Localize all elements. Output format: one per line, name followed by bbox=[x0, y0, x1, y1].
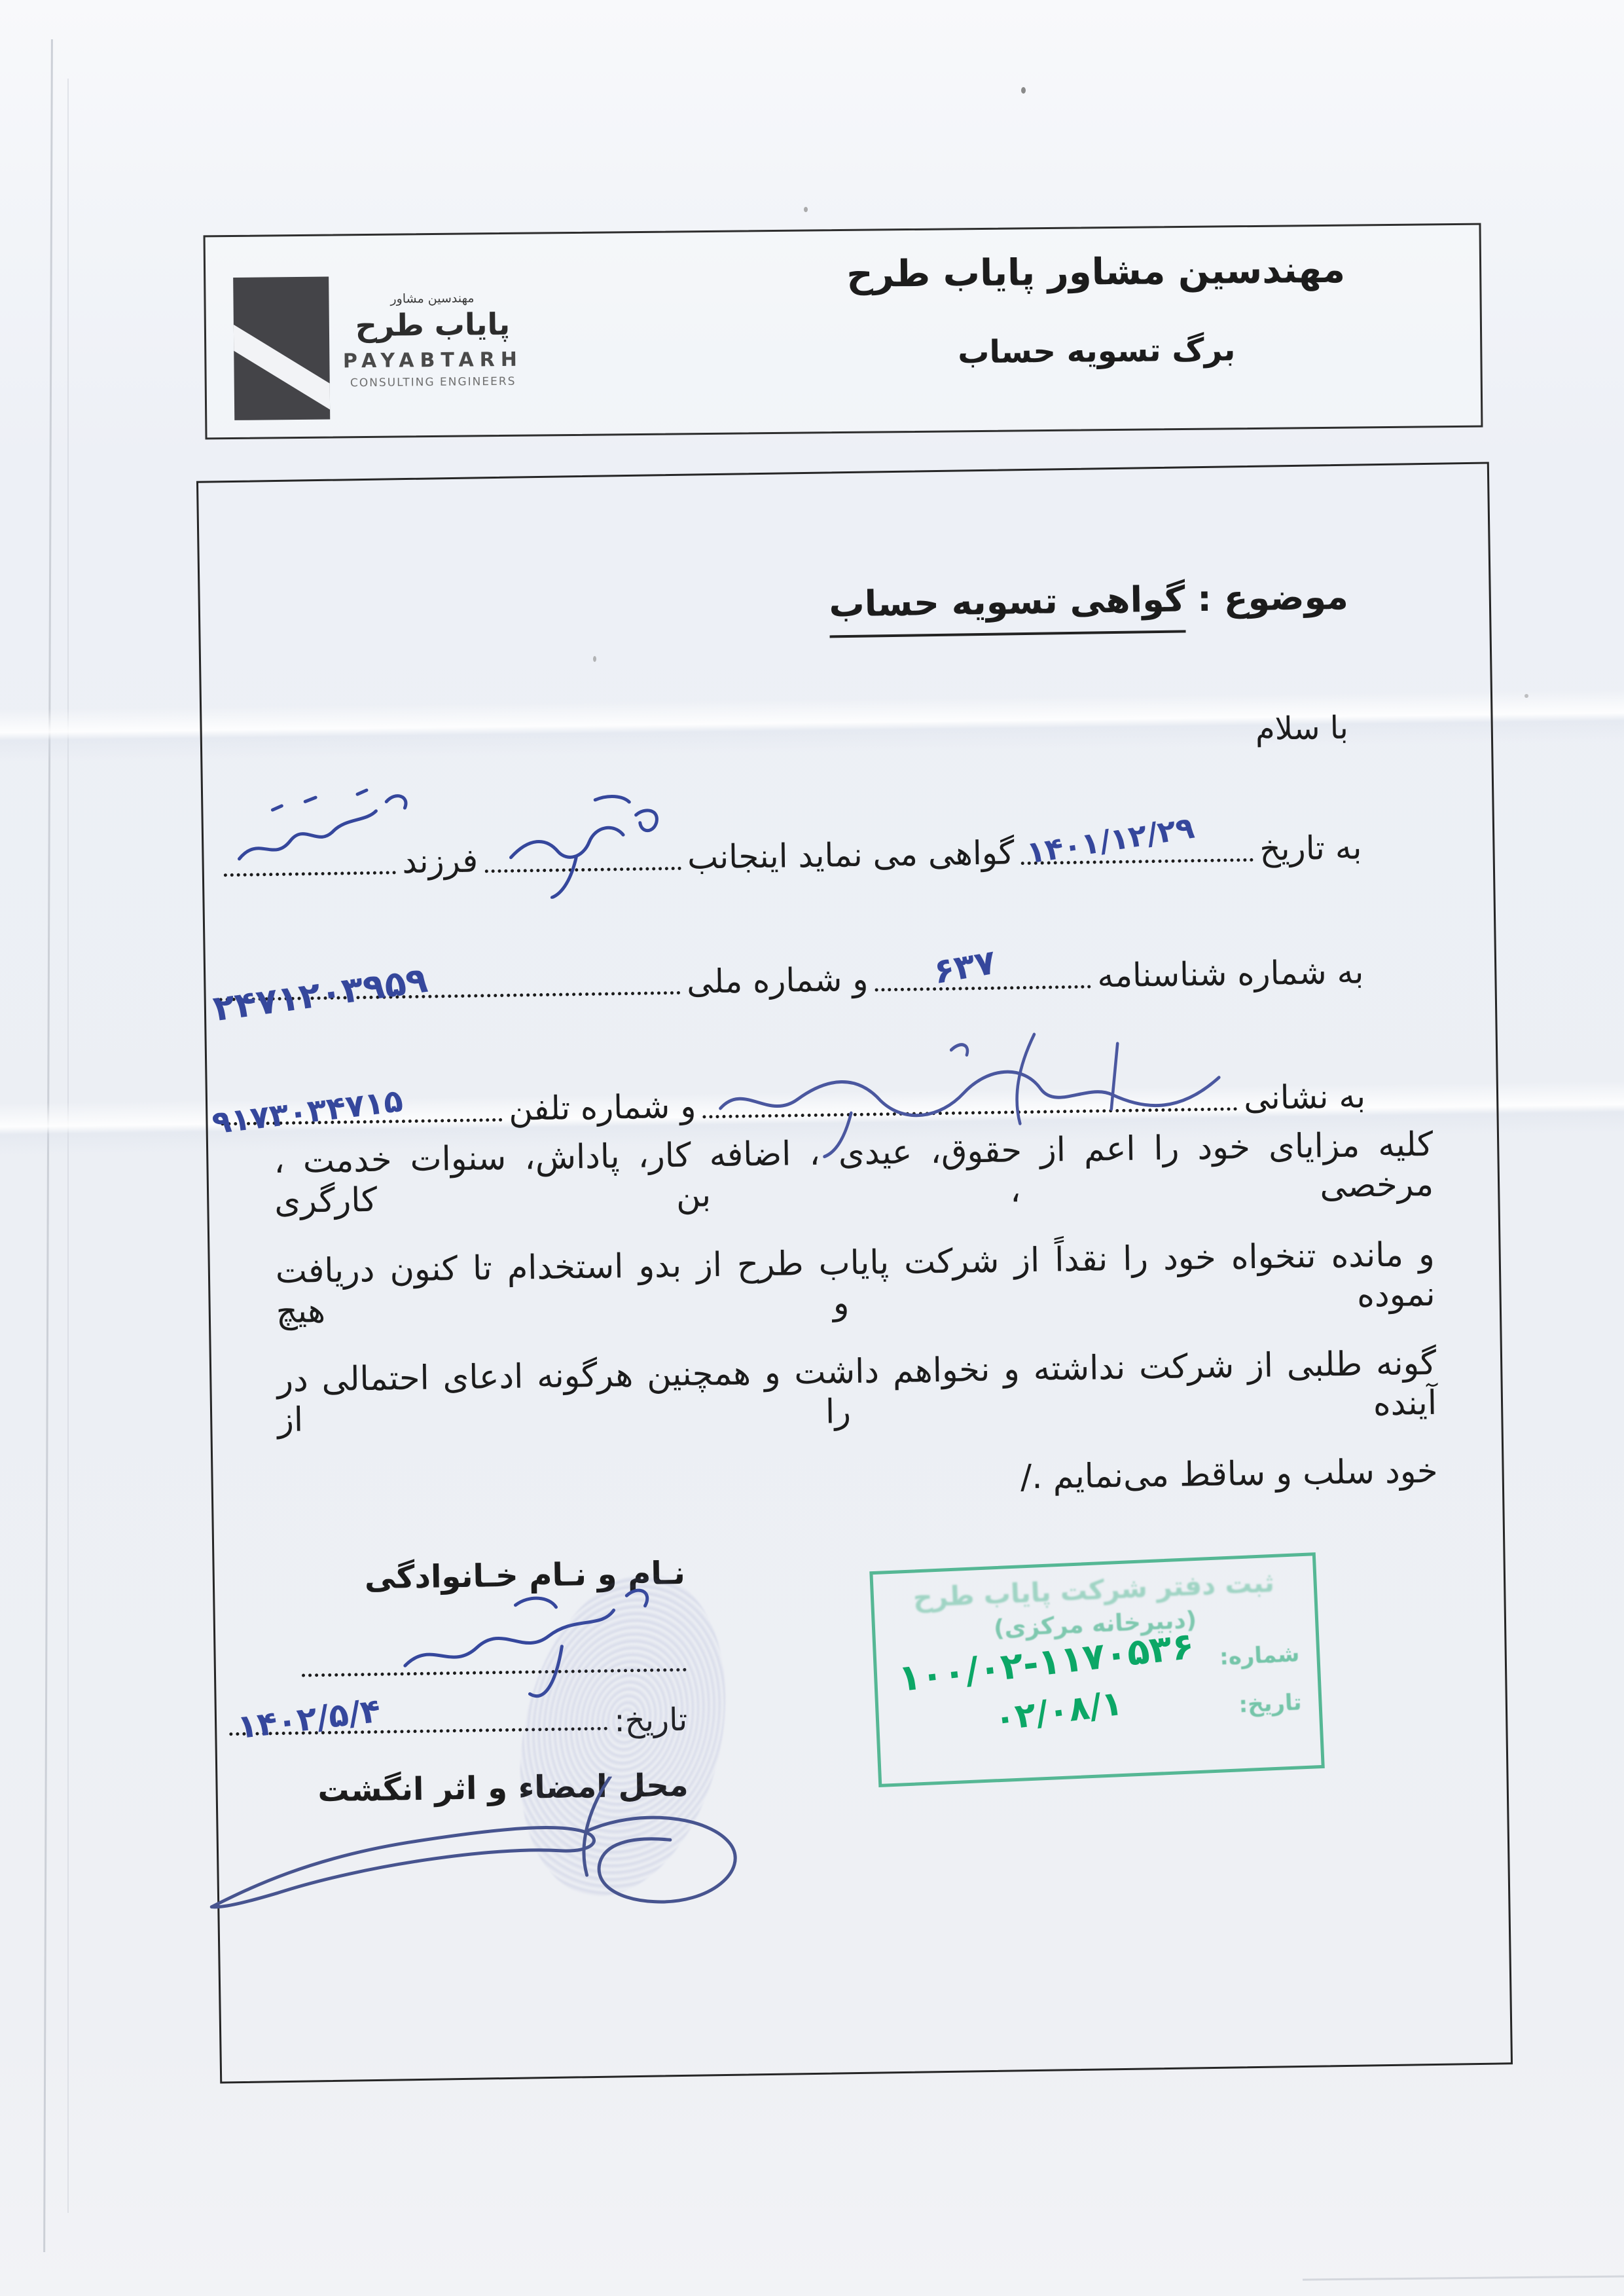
form-line-address: به نشانی و شماره تلفن ۹۱۷۳۰۳۴۷۱۵ bbox=[213, 1036, 1366, 1132]
handwritten-name-scribble bbox=[497, 792, 681, 900]
subject-value: گواهی تسویه حساب bbox=[829, 578, 1185, 638]
label-address: به نشانی bbox=[1244, 1078, 1366, 1117]
body-paragraph-line-2: و مانده تنخواه خود را نقداً از شرکت پایا… bbox=[275, 1235, 1435, 1332]
label-national-id: و شماره ملی bbox=[687, 960, 869, 1001]
letterhead-titles: مهندسین مشاور پایاب طرح برگ تسویه حساب bbox=[749, 247, 1444, 373]
scan-speck bbox=[804, 207, 808, 212]
body-paragraph-line-1: کلیه مزایای خود را اعم از حقوق، عیدی ، ا… bbox=[274, 1125, 1434, 1222]
logo-en-name: PAYABTARH bbox=[334, 348, 531, 373]
logo-text-block: مهندسین مشاور پایاب طرح PAYABTARH CONSUL… bbox=[334, 291, 531, 390]
paper-bottom-edge bbox=[1303, 2275, 1624, 2280]
subject-line: موضوع : گواهی تسویه حساب bbox=[829, 576, 1348, 625]
document-title: برگ تسویه حساب bbox=[749, 329, 1443, 373]
label-id-number: به شماره شناسنامه bbox=[1097, 953, 1364, 995]
stamp-handwritten-date: ۰۲/۰۸/۱ bbox=[992, 1684, 1125, 1740]
handwritten-sign-date: ۱۴۰۲/۵/۴ bbox=[235, 1692, 382, 1747]
company-logo bbox=[233, 277, 330, 420]
label-date: به تاریخ bbox=[1259, 829, 1362, 868]
fill-national-id: ۲۴۷۱۲۰۳۹۵۹ bbox=[219, 985, 681, 1001]
handwritten-certify-date: ۱۴۰۱/۱۲/۲۹ bbox=[1024, 810, 1197, 871]
form-frame: موضوع : گواهی تسویه حساب با سلام به تاری… bbox=[196, 462, 1513, 2083]
handwritten-father-scribble bbox=[226, 784, 424, 872]
label-phone: و شماره تلفن bbox=[509, 1087, 696, 1128]
logo-fa-small: مهندسین مشاور bbox=[334, 291, 530, 307]
letterhead-box: مهندسین مشاور پایاب طرح PAYABTARH CONSUL… bbox=[204, 223, 1483, 440]
greeting: با سلام bbox=[1255, 710, 1349, 748]
signature-scribble bbox=[191, 1774, 756, 1933]
fill-address bbox=[702, 1101, 1237, 1118]
form-line-id: به شماره شناسنامه ۶۳۷ و شماره ملی ۲۴۷۱۲۰… bbox=[211, 912, 1364, 1008]
stamp-date-label: تاریخ: bbox=[1238, 1689, 1303, 1718]
label-certify: گواهی می نماید اینجانب bbox=[687, 834, 1015, 877]
scan-speck bbox=[1525, 694, 1528, 698]
logo-fa-name: پایاب طرح bbox=[334, 306, 532, 344]
fill-name bbox=[484, 861, 681, 873]
fill-phone: ۹۱۷۳۰۳۴۷۱۵ bbox=[221, 1112, 502, 1125]
handwritten-id-number: ۶۳۷ bbox=[931, 943, 999, 992]
stamp-number-label: شماره: bbox=[1219, 1641, 1300, 1670]
company-name: مهندسین مشاور پایاب طرح bbox=[749, 247, 1443, 297]
fill-id-number: ۶۳۷ bbox=[875, 979, 1091, 992]
handwritten-national-id: ۲۴۷۱۲۰۳۹۵۹ bbox=[211, 959, 430, 1029]
logo-en-subtitle: CONSULTING ENGINEERS bbox=[335, 375, 532, 390]
logo-slash-mark bbox=[233, 323, 330, 420]
body-paragraph-line-3: گونه طلبی از شرکت نداشته و نخواهم داشت و… bbox=[277, 1343, 1437, 1441]
fill-father-name bbox=[224, 865, 396, 877]
form-line-date-name: به تاریخ ۱۴۰۱/۱۲/۲۹ گواهی می نماید اینجا… bbox=[216, 788, 1362, 883]
fill-date: ۱۴۰۱/۱۲/۲۹ bbox=[1020, 852, 1253, 865]
subject-label: موضوع : bbox=[1197, 576, 1349, 619]
scanned-settlement-document: مهندسین مشاور پایاب طرح PAYABTARH CONSUL… bbox=[0, 0, 1624, 2296]
body-paragraph-line-4: خود سلب و ساقط می‌نمایم ./ bbox=[1020, 1452, 1438, 1497]
registry-stamp: ثبت دفتر شرکت پایاب طرح (دبیرخانه مرکزی)… bbox=[869, 1552, 1324, 1787]
scan-speck bbox=[1021, 87, 1026, 94]
handwritten-phone: ۹۱۷۳۰۳۴۷۱۵ bbox=[210, 1082, 405, 1142]
